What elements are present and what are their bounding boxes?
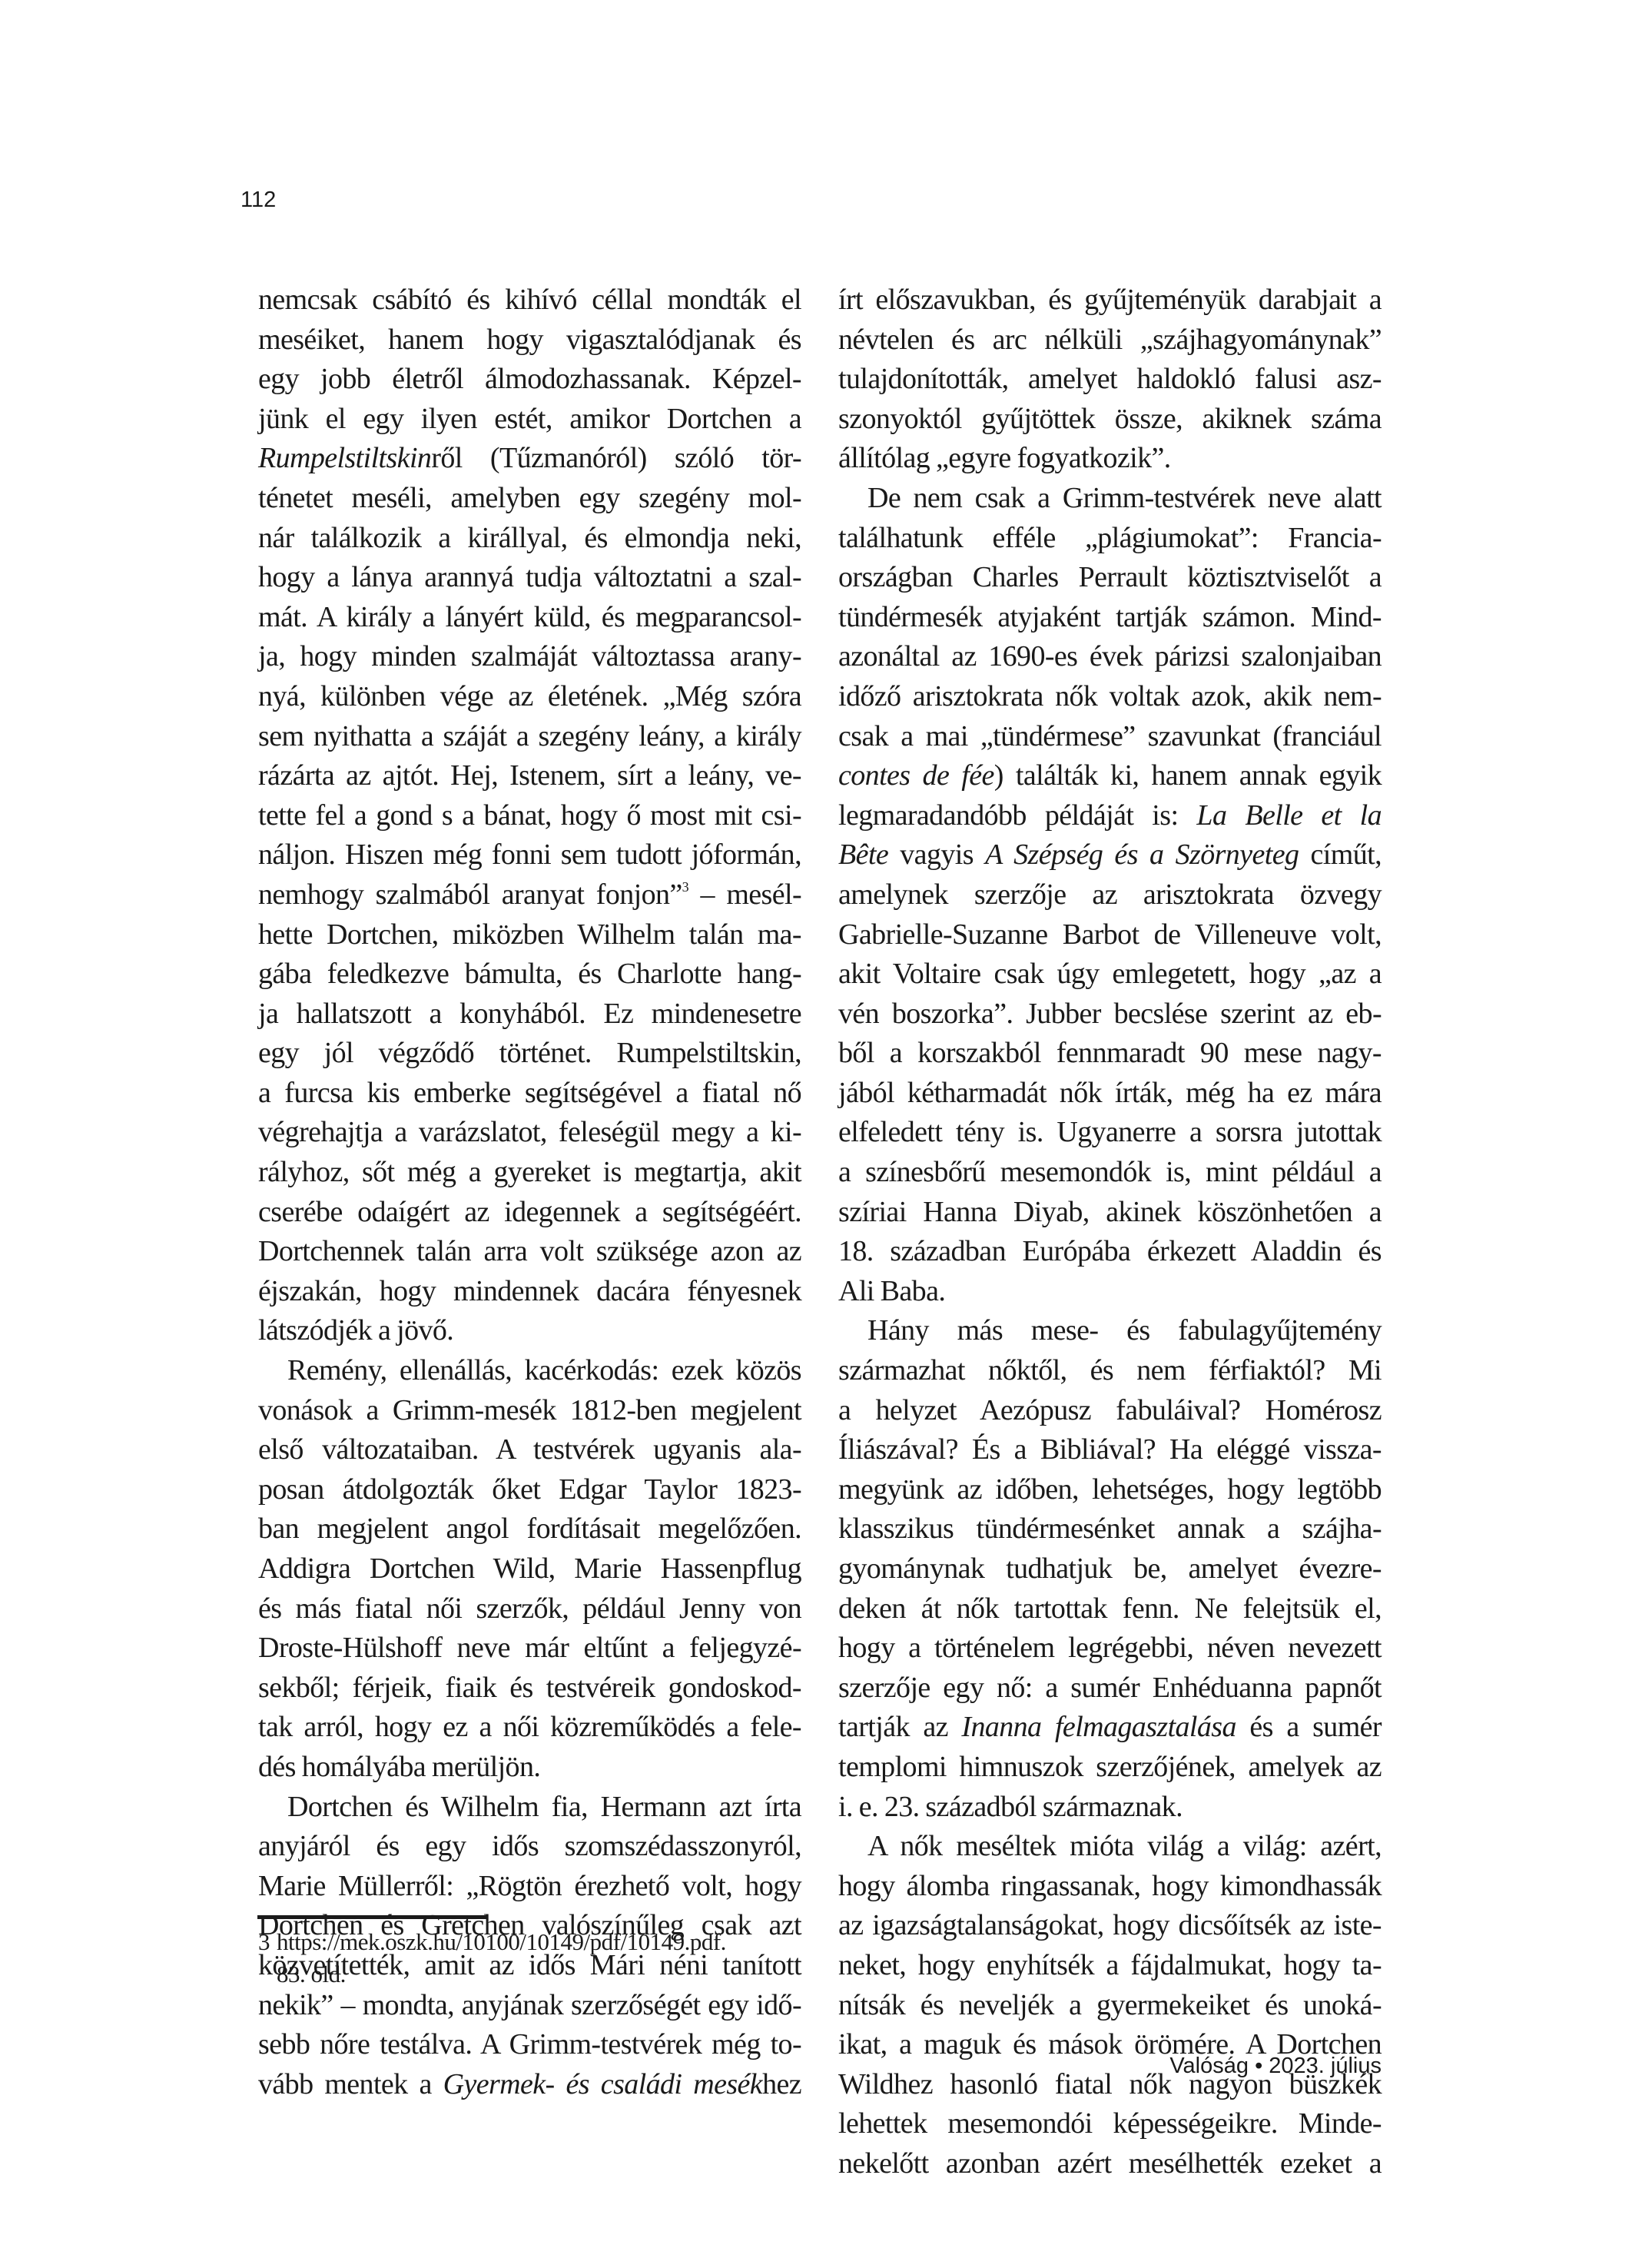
text-line: nítsák és neveljék a gyermekeiket és uno…: [838, 1986, 1382, 2026]
text-line: nekelőtt azonban azért mesélhették ezeke…: [838, 2144, 1382, 2184]
text-line: akit Voltaire csak úgy emlegetett, hogy …: [838, 955, 1382, 995]
text-line: nyá, különben vége az életének. „Még szó…: [258, 677, 801, 717]
text-line: éjszakán, hogy mindennek dacára fényesne…: [258, 1272, 801, 1312]
text-line: deken át nők tartottak fenn. Ne felejtsü…: [838, 1589, 1382, 1629]
text-line: Bête vagyis A Szépség és a Szörnyeteg cí…: [838, 835, 1382, 875]
text-line: sekből; férjeik, fiaik és testvéreik gon…: [258, 1669, 801, 1708]
text-line: rázárta az ajtót. Hej, Istenem, sírt a l…: [258, 756, 801, 796]
text-line: gába feledkezve bámulta, és Charlotte ha…: [258, 955, 801, 995]
footnote-3: 3https://mek.oszk.hu/10100/10149/pdf/101…: [258, 1926, 801, 1991]
text-run: hez: [762, 2068, 801, 2100]
footnote-page-ref: 83. old.: [258, 1958, 801, 1991]
italic-title: Inanna felmagasztalása: [961, 1711, 1236, 1743]
text-line: országban Charles Perrault köztisztvisel…: [838, 558, 1382, 598]
text-line: i. e. 23. századból származnak.: [838, 1788, 1382, 1828]
text-run: De nem csak a Grimm-testvérek neve alatt: [867, 482, 1382, 514]
text-run: címűt,: [1299, 838, 1382, 871]
text-run: Ali Baba.: [838, 1275, 945, 1307]
text-line: az igazságtalanságokat, hogy dicsőítsék …: [838, 1906, 1382, 1946]
text-line: hogy álomba ringassanak, hogy kimondhass…: [838, 1867, 1382, 1907]
text-line: találhatunk efféle „plágiumokat”: Franci…: [838, 519, 1382, 559]
text-line: szerzője egy nő: a sumér Enhéduanna papn…: [838, 1669, 1382, 1708]
text-line: és más fiatal női szerzők, például Jenny…: [258, 1589, 801, 1629]
text-line: Dortchen és Wilhelm fia, Hermann azt írt…: [258, 1788, 801, 1828]
text-run: dés homályába merüljön.: [258, 1751, 540, 1783]
text-line: Ali Baba.: [838, 1272, 1382, 1312]
text-line: névtelen és arc nélküli „szájhagyományna…: [838, 320, 1382, 360]
text-line: ja hallatszott a konyhából. Ez mindenese…: [258, 995, 801, 1034]
italic-title: A Szépség és a Szörnyeteg: [985, 838, 1299, 871]
text-line: sebb nőre testálva. A Grimm-testvérek mé…: [258, 2025, 801, 2065]
text-line: Addigra Dortchen Wild, Marie Hassenpflug: [258, 1549, 801, 1589]
text-line: De nem csak a Grimm-testvérek neve alatt: [838, 479, 1382, 519]
text-line: hogy a lánya arannyá tudja változtatni a…: [258, 558, 801, 598]
text-line: hette Dortchen, miközben Wilhelm talán m…: [258, 915, 801, 955]
text-line: Íliászával? És a Bibliával? Ha eléggé vi…: [838, 1430, 1382, 1470]
text-line: elfeledett tény is. Ugyanerre a sorsra j…: [838, 1113, 1382, 1153]
text-run: nemhogy szalmából aranyat fonjon”: [258, 878, 682, 911]
text-line: Dortchennek talán arra volt szüksége azo…: [258, 1232, 801, 1272]
text-line: első változataiban. A testvérek ugyanis …: [258, 1430, 801, 1470]
text-line: nekik” – mondta, anyjának szerzőségét eg…: [258, 1986, 801, 2026]
text-line: Rumpelstiltskinről (Tűzmanóról) szóló tö…: [258, 439, 801, 479]
footnote-divider: [257, 1915, 488, 1919]
text-line: posan átdolgozták őket Edgar Taylor 1823…: [258, 1470, 801, 1510]
text-line: megyünk az időben, lehetséges, hogy legt…: [838, 1470, 1382, 1510]
italic-title: Bête: [838, 838, 888, 871]
text-line: a furcsa kis emberke segítségével a fiat…: [258, 1074, 801, 1114]
text-line: nár találkozik a királlyal, és elmondja …: [258, 519, 801, 559]
text-line: jából kétharmadát nők írták, még ha ez m…: [838, 1074, 1382, 1114]
left-text-column: nemcsak csábító és kihívó céllal mondták…: [258, 281, 801, 2104]
text-run: ről (Tűzmanóról) szóló tör-: [431, 442, 801, 474]
text-line: jünk el egy ilyen estét, amikor Dortchen…: [258, 400, 801, 440]
text-line: amelynek szerzője az arisztokrata özvegy: [838, 875, 1382, 915]
text-line: tette fel a gond s a bánat, hogy ő most …: [258, 796, 801, 836]
text-line: Hány más mese- és fabulagyűjtemény: [838, 1311, 1382, 1351]
text-line: nemhogy szalmából aranyat fonjon”3 – mes…: [258, 875, 801, 915]
text-run: Hány más mese- és fabulagyűjtemény: [867, 1314, 1382, 1347]
text-line: szíriai Hanna Diyab, akinek köszönhetően…: [838, 1193, 1382, 1233]
footnote-reference[interactable]: 3: [682, 879, 688, 895]
footnote-number: 3: [258, 1926, 277, 1958]
text-run: állítólag „egyre fogyatkozik”.: [838, 442, 1171, 474]
text-line: szonyoktól gyűjtöttek össze, akiknek szá…: [838, 400, 1382, 440]
text-line: Remény, ellenállás, kacérkodás: ezek köz…: [258, 1351, 801, 1391]
text-run: vagyis: [888, 838, 985, 871]
text-run: – mesél-: [688, 878, 801, 911]
text-line: végrehajtja a varázslatot, feleségül meg…: [258, 1113, 801, 1153]
text-line: származhat nőktől, és nem férfiaktól? Mi: [838, 1351, 1382, 1391]
page-number: 112: [240, 188, 276, 213]
right-text-column: írt előszavukban, és gyűjteményük darabj…: [838, 281, 1382, 2184]
text-line: időző arisztokrata nők voltak azok, akik…: [838, 677, 1382, 717]
text-run: i. e. 23. századból származnak.: [838, 1791, 1183, 1823]
text-line: neket, hogy enyhítsék a fájdalmukat, hog…: [838, 1946, 1382, 1986]
text-line: a színesbőrű mesemondók is, mint például…: [838, 1153, 1382, 1193]
text-line: állítólag „egyre fogyatkozik”.: [838, 439, 1382, 479]
text-run: Remény, ellenállás, kacérkodás: ezek köz…: [287, 1354, 801, 1386]
text-run: ) találták ki, hanem annak egyik: [994, 759, 1382, 792]
text-line: sem nyithatta a száját a szegény leány, …: [258, 717, 801, 757]
text-line: azonáltal az 1690-es évek párizsi szalon…: [838, 637, 1382, 677]
italic-title: La Belle et la: [1196, 799, 1382, 832]
text-line: ban megjelent angol fordításait megelőző…: [258, 1509, 801, 1549]
page-footer: Valóság • 2023. július: [1169, 2054, 1382, 2079]
text-run: A nők meséltek mióta világ a világ: azér…: [867, 1830, 1382, 1862]
text-line: templomi himnuszok szerzőjének, amelyek …: [838, 1748, 1382, 1788]
text-line: Gabrielle-Suzanne Barbot de Villeneuve v…: [838, 915, 1382, 955]
text-line: Marie Müllerről: „Rögtön érezhető volt, …: [258, 1867, 801, 1907]
text-line: mát. A király a lányért küld, és megpara…: [258, 598, 801, 638]
text-line: náljon. Hiszen még fonni sem tudott jófo…: [258, 835, 801, 875]
text-line: a helyzet Aezópusz fabuláival? Homérosz: [838, 1391, 1382, 1431]
text-run: legmaradandóbb példáját is:: [838, 799, 1196, 832]
footnote-url: https://mek.oszk.hu/10100/10149/pdf/1014…: [277, 1928, 726, 1955]
text-line: tulajdonították, amelyet haldokló falusi…: [838, 360, 1382, 400]
text-line: legmaradandóbb példáját is: La Belle et …: [838, 796, 1382, 836]
text-line: cserébe odaígért az idegennek a segítség…: [258, 1193, 801, 1233]
text-line: vonások a Grimm-mesék 1812-ben megjelent: [258, 1391, 801, 1431]
text-line: gyománynak tudhatjuk be, amelyet évezre-: [838, 1549, 1382, 1589]
text-run: látszódjék a jövő.: [258, 1314, 453, 1347]
text-line: ténetet meséli, amelyben egy szegény mol…: [258, 479, 801, 519]
text-line: hogy a történelem legrégebbi, néven neve…: [838, 1629, 1382, 1669]
text-line: tak arról, hogy ez a női közreműködés a …: [258, 1708, 801, 1748]
italic-title: Rumpelstiltskin: [258, 442, 431, 474]
text-line: ja, hogy minden szalmáját változtassa ar…: [258, 637, 801, 677]
footnote-line: 3https://mek.oszk.hu/10100/10149/pdf/101…: [258, 1926, 801, 1958]
text-line: tündérmesék atyjaként tartják számon. Mi…: [838, 598, 1382, 638]
text-line: egy jól végződő történet. Rumpelstiltski…: [258, 1034, 801, 1074]
text-line: A nők meséltek mióta világ a világ: azér…: [838, 1827, 1382, 1867]
text-line: vább mentek a Gyermek- és családi mesékh…: [258, 2065, 801, 2105]
text-line: Droste-Hülshoff neve már eltűnt a feljeg…: [258, 1629, 801, 1669]
text-line: klasszikus tündérmesénket annak a szájha…: [838, 1509, 1382, 1549]
text-line: vén boszorka”. Jubber becslése szerint a…: [838, 995, 1382, 1034]
text-line: lehettek mesemondói képességeikre. Minde…: [838, 2104, 1382, 2144]
text-run: és a sumér: [1236, 1711, 1382, 1743]
text-line: rályhoz, sőt még a gyereket is megtartja…: [258, 1153, 801, 1193]
text-line: ből a korszakból fennmaradt 90 mese nagy…: [838, 1034, 1382, 1074]
italic-title: Gyermek- és családi mesék: [443, 2068, 762, 2100]
text-line: tartják az Inanna felmagasztalása és a s…: [838, 1708, 1382, 1748]
text-line: egy jobb életről álmodozhassanak. Képzel…: [258, 360, 801, 400]
text-line: írt előszavukban, és gyűjteményük darabj…: [838, 281, 1382, 320]
text-line: 18. században Európába érkezett Aladdin …: [838, 1232, 1382, 1272]
text-line: anyjáról és egy idős szomszédasszonyról,: [258, 1827, 801, 1867]
text-line: contes de fée) találták ki, hanem annak …: [838, 756, 1382, 796]
text-line: nemcsak csábító és kihívó céllal mondták…: [258, 281, 801, 320]
text-line: dés homályába merüljön.: [258, 1748, 801, 1788]
text-line: látszódjék a jövő.: [258, 1311, 801, 1351]
text-run: Dortchen és Wilhelm fia, Hermann azt írt…: [287, 1791, 801, 1823]
text-line: meséiket, hanem hogy vigasztalódjanak és: [258, 320, 801, 360]
text-line: csak a mai „tündérmese” szavunkat (franc…: [838, 717, 1382, 757]
text-run: tartják az: [838, 1711, 961, 1743]
text-run: vább mentek a: [258, 2068, 443, 2100]
italic-title: contes de fée: [838, 759, 994, 792]
